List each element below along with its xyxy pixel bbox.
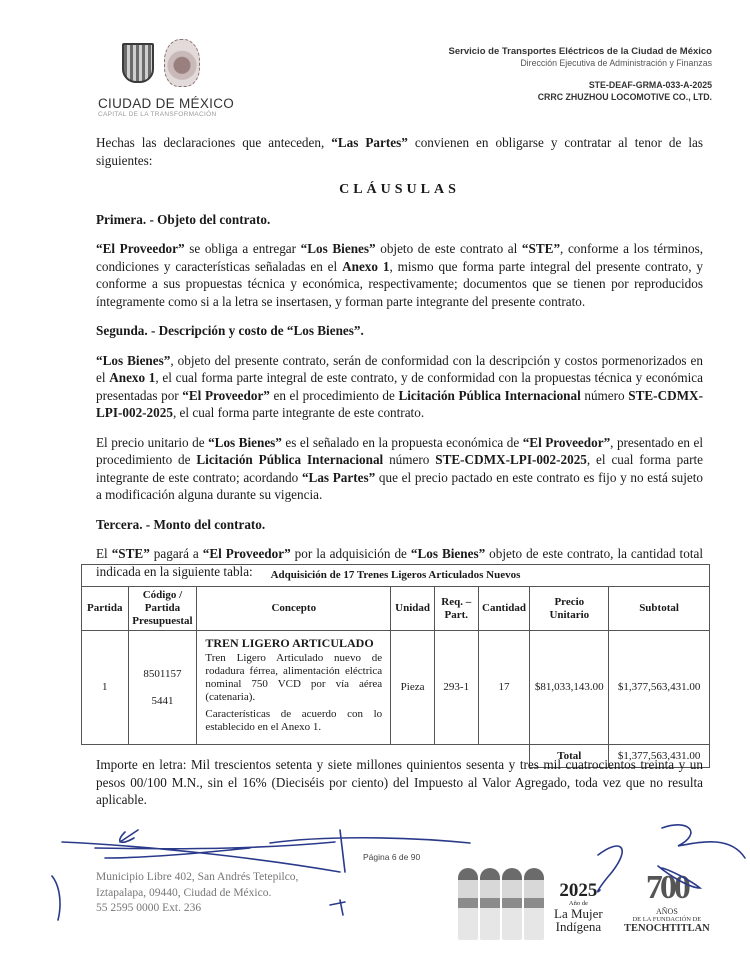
cell-concepto: TREN LIGERO ARTICULADO Tren Ligero Artic… [197,631,391,745]
initial-icon [52,876,60,920]
header-concepto: Concepto [197,587,391,631]
cell-precio-unitario: $81,033,143.00 [530,631,609,745]
bold-text: Anexo 1 [109,370,155,385]
bold-text: “Los Bienes” [96,353,170,368]
logo-subtitle: CAPITAL DE LA TRANSFORMACIÓN [98,111,238,118]
header-codigo: Código / Partida Presupuestal [128,587,197,631]
importe-en-letra: Importe en letra: Mil trescientos setent… [96,756,703,809]
text: objeto de este contrato al [376,241,522,256]
logo-title: CIUDAD DE MÉXICO [98,96,238,111]
address: Municipio Libre 402, San Andrés Tetepilc… [96,870,298,917]
concepto-title: TREN LIGERO ARTICULADO [205,637,382,650]
bold-text: “El Proveedor” [96,241,185,256]
text: se obliga a entregar [185,241,301,256]
clausulas-heading: CLÁUSULAS [96,181,703,199]
document-body: Hechas las declaraciones que anteceden, … [96,134,703,592]
header-info: Servicio de Transportes Eléctricos de la… [449,46,712,102]
cell-req-part: 293-1 [434,631,478,745]
header-req-part: Req. – Part. [434,587,478,631]
bold-text: “El Proveedor” [523,435,610,450]
figure-icon [502,868,522,940]
primera-title: Primera. - Objeto del contrato. [96,211,703,229]
initial-icon [330,900,345,915]
cell-unidad: Pieza [391,631,435,745]
header-unidad: Unidad [391,587,435,631]
cell-codigo: 8501157 5441 [128,631,197,745]
footer-logos: 2025 Año de La Mujer Indígena 700 AÑOS D… [458,868,718,948]
indigenous-women-illustration-icon [458,868,544,940]
company-name: CRRC ZHUZHOU LOCOMOTIVE CO., LTD. [449,92,712,102]
segunda-paragraph-1: “Los Bienes”, objeto del presente contra… [96,352,703,422]
header-partida: Partida [82,587,129,631]
text: por la adquisición de [291,546,411,561]
cell-partida: 1 [82,631,129,745]
cdmx-logo: CIUDAD DE MÉXICO CAPITAL DE LA TRANSFORM… [98,38,238,118]
anos-text: AÑOS [624,908,710,916]
concepto-note: Características de acuerdo con lo establ… [205,708,382,734]
emblems [122,38,238,88]
year-text: 2025 [554,882,603,900]
address-line: Iztapalapa, 09440, Ciudad de México. [96,886,298,902]
primera-paragraph: “El Proveedor” se obliga a entregar “Los… [96,240,703,310]
bold-text: “El Proveedor” [182,388,270,403]
concepto-description: Tren Ligero Articulado nuevo de rodadura… [205,652,382,704]
text: El precio unitario de [96,435,208,450]
spacer [132,681,194,695]
bold-text: Anexo 1 [342,259,389,274]
tercera-title: Tercera. - Monto del contrato. [96,516,703,534]
text: El [96,546,112,561]
text: pagará a [150,546,203,561]
signature-icon [62,830,340,872]
bold-text: Licitación Pública Internacional [398,388,580,403]
tenochtitlan-anniversary-logo: 700 AÑOS DE LA FUNDACIÓN DE TENOCHTITLAN [624,868,710,934]
address-line: Municipio Libre 402, San Andrés Tetepilc… [96,870,298,886]
text: número [383,452,435,467]
header-precio-unitario: Precio Unitario [530,587,609,631]
figure-icon [524,868,544,940]
codigo-value: 8501157 [132,668,194,681]
tenochtitlan-glyph-icon [164,39,200,87]
bold-text: “Los Bienes” [301,241,376,256]
figure-icon [458,868,478,940]
bold-text: “STE” [522,241,560,256]
organization-name: Servicio de Transportes Eléctricos de la… [449,46,712,57]
fundacion-text: DE LA FUNDACIÓN DE [624,916,710,923]
table-row: 1 8501157 5441 TREN LIGERO ARTICULADO Tr… [82,631,710,745]
intro-paragraph: Hechas las declaraciones que anteceden, … [96,134,703,169]
text: en el procedimiento de [270,388,399,403]
figure-icon [480,868,500,940]
text: , el cual forma parte integrante de este… [173,405,424,420]
partida-presupuestal-value: 5441 [132,695,194,708]
segunda-title: Segunda. - Descripción y costo de “Los B… [96,322,703,340]
signature-icon [270,830,470,872]
bold-text: “Las Partes” [302,470,375,485]
text: Hechas las declaraciones que anteceden, [96,135,331,150]
coat-of-arms-icon [122,43,154,83]
text: es el señalado en la propuesta económica… [282,435,523,450]
bold-text: STE-CDMX-LPI-002-2025 [435,452,587,467]
header-cantidad: Cantidad [478,587,530,631]
signature-icon [662,825,745,858]
year-of-indigenous-woman-logo: 2025 Año de La Mujer Indígena [554,882,603,933]
cell-cantidad: 17 [478,631,530,745]
bold-text: Licitación Pública Internacional [196,452,383,467]
contract-reference: STE-DEAF-GRMA-033-A-2025 [449,80,712,90]
seventy-hundred-text: 700 [624,868,710,908]
bold-text: “STE” [112,546,150,561]
bold-text: “Las Partes” [331,135,408,150]
amount-table: Adquisición de 17 Trenes Ligeros Articul… [81,564,710,768]
bold-text: “El Proveedor” [203,546,291,561]
header-subtotal: Subtotal [609,587,710,631]
phone-line: 55 2595 0000 Ext. 236 [96,901,298,917]
segunda-paragraph-2: El precio unitario de “Los Bienes” es el… [96,434,703,504]
bold-text: “Los Bienes” [208,435,282,450]
tenochtitlan-text: TENOCHTITLAN [624,923,710,934]
bold-text: “Los Bienes” [411,546,485,561]
table-caption: Adquisición de 17 Trenes Ligeros Articul… [82,565,710,587]
text: número [581,388,628,403]
indigena-text: Indígena [554,920,603,933]
page-number: Página 6 de 90 [363,852,420,862]
cell-subtotal: $1,377,563,431.00 [609,631,710,745]
department-name: Dirección Ejecutiva de Administración y … [449,58,712,68]
